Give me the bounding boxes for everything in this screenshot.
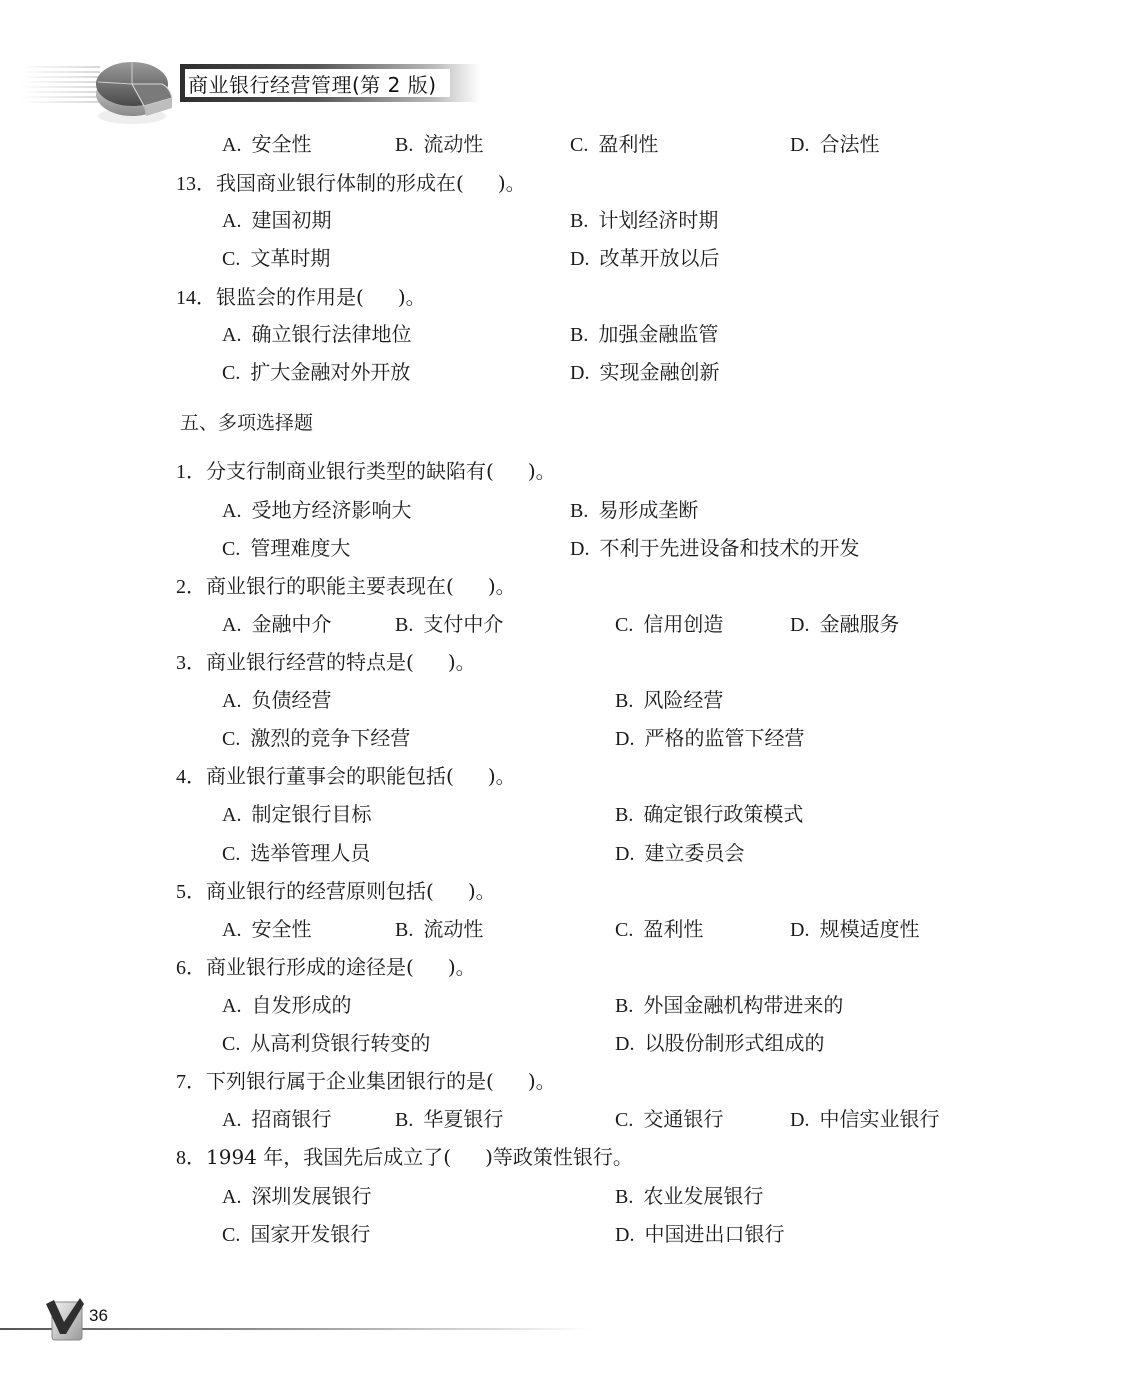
option-c: C.盈利性 xyxy=(570,129,658,160)
option-c: C.从高利贷银行转变的 xyxy=(222,1028,430,1059)
pie-chart-icon xyxy=(92,54,176,130)
option-c: C.扩大金融对外开放 xyxy=(222,357,410,388)
question-stem: 14．银监会的作用是()。 xyxy=(176,282,426,312)
option-c: C.激烈的竞争下经营 xyxy=(222,723,410,754)
option-c: C.信用创造 xyxy=(615,609,723,640)
section-title: 五、多项选择题 xyxy=(180,408,313,438)
option-c: C.交通银行 xyxy=(615,1104,723,1135)
option-b: B.风险经营 xyxy=(615,685,723,716)
options-row: A.深圳发展银行 B.农业发展银行 xyxy=(0,1181,1129,1211)
options-row: A.制定银行目标 B.确定银行政策模式 xyxy=(0,799,1129,829)
option-c: C.盈利性 xyxy=(615,914,703,945)
option-d: D.实现金融创新 xyxy=(570,357,719,388)
option-d: D.中信实业银行 xyxy=(790,1104,939,1135)
question-stem: 3．商业银行经营的特点是()。 xyxy=(176,647,476,677)
option-b: B.外国金融机构带进来的 xyxy=(615,990,843,1021)
option-b: B.农业发展银行 xyxy=(615,1181,763,1212)
question-stem: 5．商业银行的经营原则包括()。 xyxy=(176,876,496,906)
options-row: A.招商银行 B.华夏银行 C.交通银行 D.中信实业银行 xyxy=(0,1104,1129,1134)
option-c: C.文革时期 xyxy=(222,243,330,274)
question-stem: 13．我国商业银行体制的形成在()。 xyxy=(176,168,526,198)
option-b: B.支付中介 xyxy=(395,609,503,640)
question-stem: 6．商业银行形成的途径是()。 xyxy=(176,952,476,982)
options-row: C.国家开发银行 D.中国进出口银行 xyxy=(0,1219,1129,1249)
option-b: B.计划经济时期 xyxy=(570,205,718,236)
question-stem: 1．分支行制商业银行类型的缺陷有()。 xyxy=(176,456,556,486)
option-b: B.华夏银行 xyxy=(395,1104,503,1135)
options-row: C.从高利贷银行转变的 D.以股份制形式组成的 xyxy=(0,1028,1129,1058)
page-number: 36 xyxy=(89,1306,108,1326)
speed-lines-decoration xyxy=(20,66,100,106)
options-row: A.确立银行法律地位 B.加强金融监管 xyxy=(0,319,1129,349)
options-row: A.负债经营 B.风险经营 xyxy=(0,685,1129,715)
option-a: A.金融中介 xyxy=(222,609,331,640)
option-a: A.受地方经济影响大 xyxy=(222,495,411,526)
options-row: A.安全性 B.流动性 C.盈利性 D.规模适度性 xyxy=(0,914,1129,944)
option-b: B.加强金融监管 xyxy=(570,319,718,350)
page-footer: 36 xyxy=(0,1280,620,1340)
option-a: A.自发形成的 xyxy=(222,990,351,1021)
option-d: D.金融服务 xyxy=(790,609,899,640)
option-a: A.安全性 xyxy=(222,129,311,160)
option-d: D.以股份制形式组成的 xyxy=(615,1028,824,1059)
option-a: A.确立银行法律地位 xyxy=(222,319,411,350)
option-b: B.易形成垄断 xyxy=(570,495,698,526)
options-row: A.安全性 B.流动性 C.盈利性 D.合法性 xyxy=(0,129,1129,159)
book-title: 商业银行经营管理(第 2 版) xyxy=(188,69,437,98)
option-a: A.建国初期 xyxy=(222,205,331,236)
option-d: D.改革开放以后 xyxy=(570,243,719,274)
option-b: B.流动性 xyxy=(395,129,483,160)
options-row: A.建国初期 B.计划经济时期 xyxy=(0,205,1129,235)
option-d: D.中国进出口银行 xyxy=(615,1219,784,1250)
option-d: D.严格的监管下经营 xyxy=(615,723,804,754)
question-stem: 8．1994 年，我国先后成立了()等政策性银行。 xyxy=(176,1142,633,1172)
options-row: C.选举管理人员 D.建立委员会 xyxy=(0,838,1129,868)
option-c: C.选举管理人员 xyxy=(222,838,370,869)
options-row: C.文革时期 D.改革开放以后 xyxy=(0,243,1129,273)
option-b: B.确定银行政策模式 xyxy=(615,799,803,830)
option-a: A.深圳发展银行 xyxy=(222,1181,371,1212)
checkmark-icon xyxy=(44,1294,84,1342)
option-d: D.建立委员会 xyxy=(615,838,744,869)
options-row: A.金融中介 B.支付中介 C.信用创造 D.金融服务 xyxy=(0,609,1129,639)
option-a: A.制定银行目标 xyxy=(222,799,371,830)
option-c: C.国家开发银行 xyxy=(222,1219,370,1250)
options-row: A.自发形成的 B.外国金融机构带进来的 xyxy=(0,990,1129,1020)
question-stem: 7．下列银行属于企业集团银行的是()。 xyxy=(176,1066,556,1096)
title-box: 商业银行经营管理(第 2 版) xyxy=(185,69,450,97)
option-a: A.负债经营 xyxy=(222,685,331,716)
option-c: C.管理难度大 xyxy=(222,533,350,564)
option-b: B.流动性 xyxy=(395,914,483,945)
option-d: D.合法性 xyxy=(790,129,879,160)
question-stem: 4．商业银行董事会的职能包括()。 xyxy=(176,761,516,791)
options-row: A.受地方经济影响大 B.易形成垄断 xyxy=(0,495,1129,525)
option-d: D.规模适度性 xyxy=(790,914,919,945)
options-row: C.激烈的竞争下经营 D.严格的监管下经营 xyxy=(0,723,1129,753)
options-row: C.扩大金融对外开放 D.实现金融创新 xyxy=(0,357,1129,387)
option-a: A.安全性 xyxy=(222,914,311,945)
footer-rule xyxy=(0,1328,590,1330)
option-d: D.不利于先进设备和技术的开发 xyxy=(570,533,859,564)
question-stem: 2．商业银行的职能主要表现在()。 xyxy=(176,571,516,601)
option-a: A.招商银行 xyxy=(222,1104,331,1135)
options-row: C.管理难度大 D.不利于先进设备和技术的开发 xyxy=(0,533,1129,563)
